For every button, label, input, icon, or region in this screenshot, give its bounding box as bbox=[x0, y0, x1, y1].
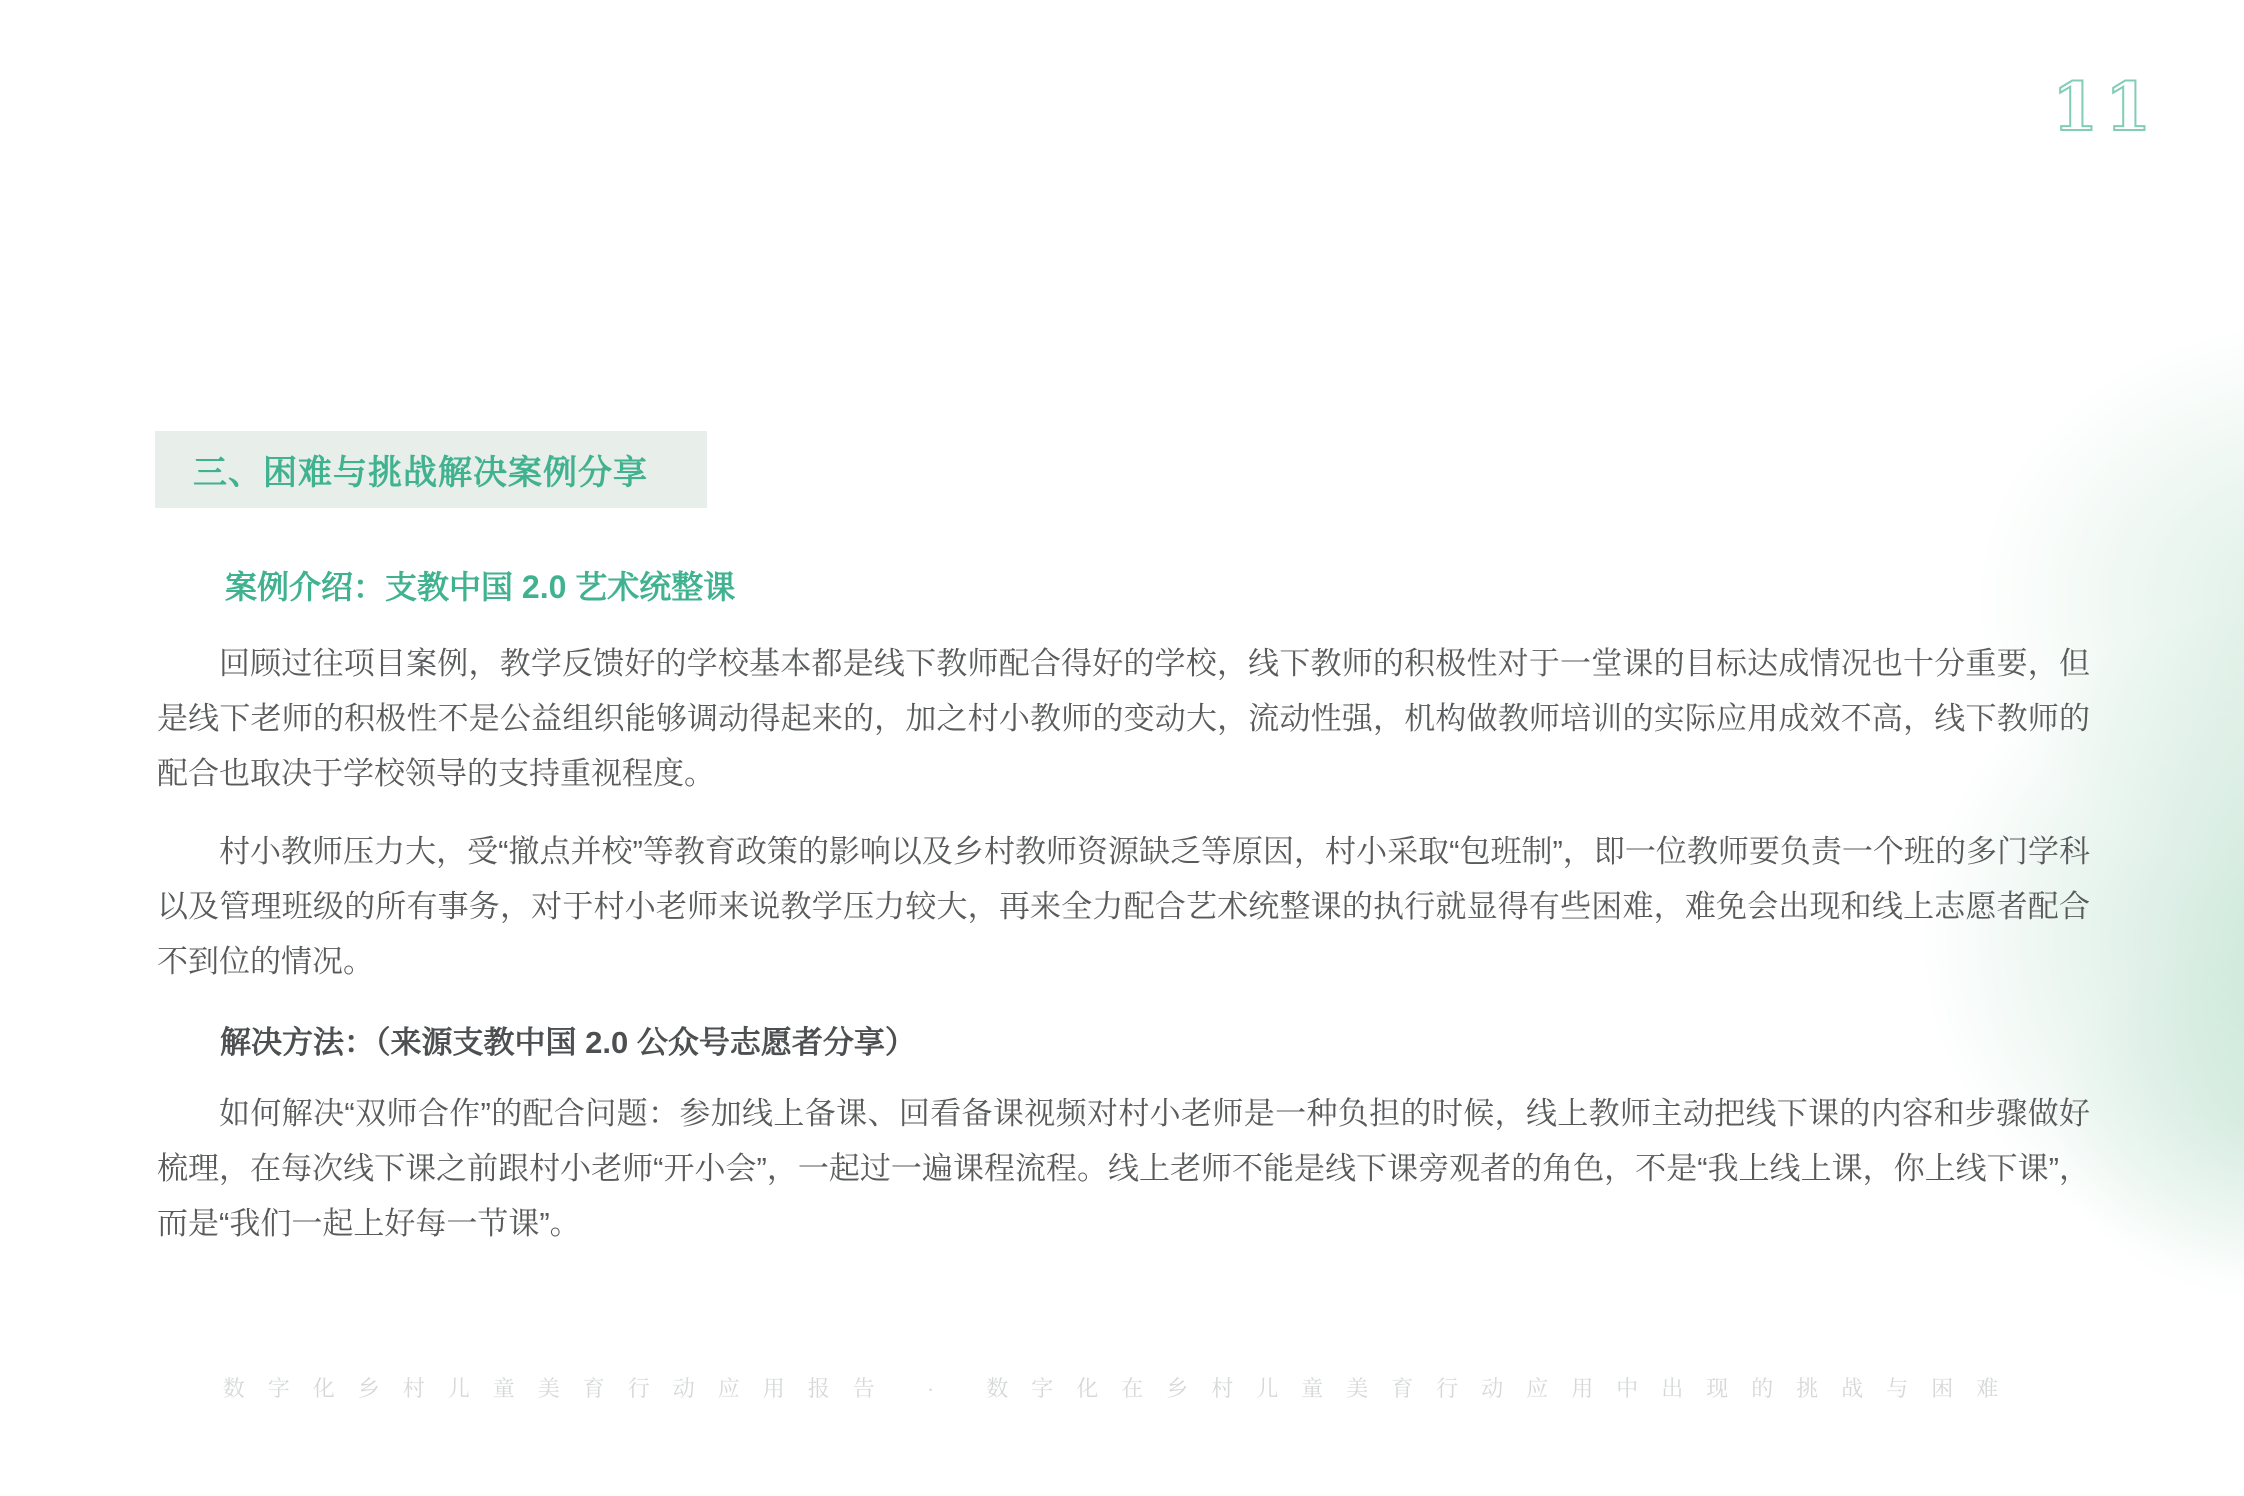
report-footer-title: 数字化乡村儿童美育行动应用报告 · 数字化在乡村儿童美育行动应用中出现的挑战与困… bbox=[0, 1372, 2244, 1403]
page-number: 11 bbox=[2052, 68, 2158, 146]
case-intro-heading: 案例介绍：支教中国 2.0 艺术统整课 bbox=[225, 562, 735, 608]
paragraph-case-background: 回顾过往项目案例，教学反馈好的学校基本都是线下教师配合得好的学校，线下教师的积极… bbox=[157, 636, 2090, 801]
section-title: 三、困难与挑战解决案例分享 bbox=[193, 445, 648, 494]
solution-heading: 解决方法：（来源支教中国 2.0 公众号志愿者分享） bbox=[220, 1017, 916, 1062]
paragraph-teacher-pressure: 村小教师压力大，受“撤点并校”等教育政策的影响以及乡村教师资源缺乏等原因，村小采… bbox=[157, 824, 2090, 989]
paragraph-solution: 如何解决“双师合作”的配合问题：参加线上备课、回看备课视频对村小老师是一种负担的… bbox=[157, 1086, 2090, 1251]
section-header-box: 三、困难与挑战解决案例分享 bbox=[155, 431, 707, 508]
